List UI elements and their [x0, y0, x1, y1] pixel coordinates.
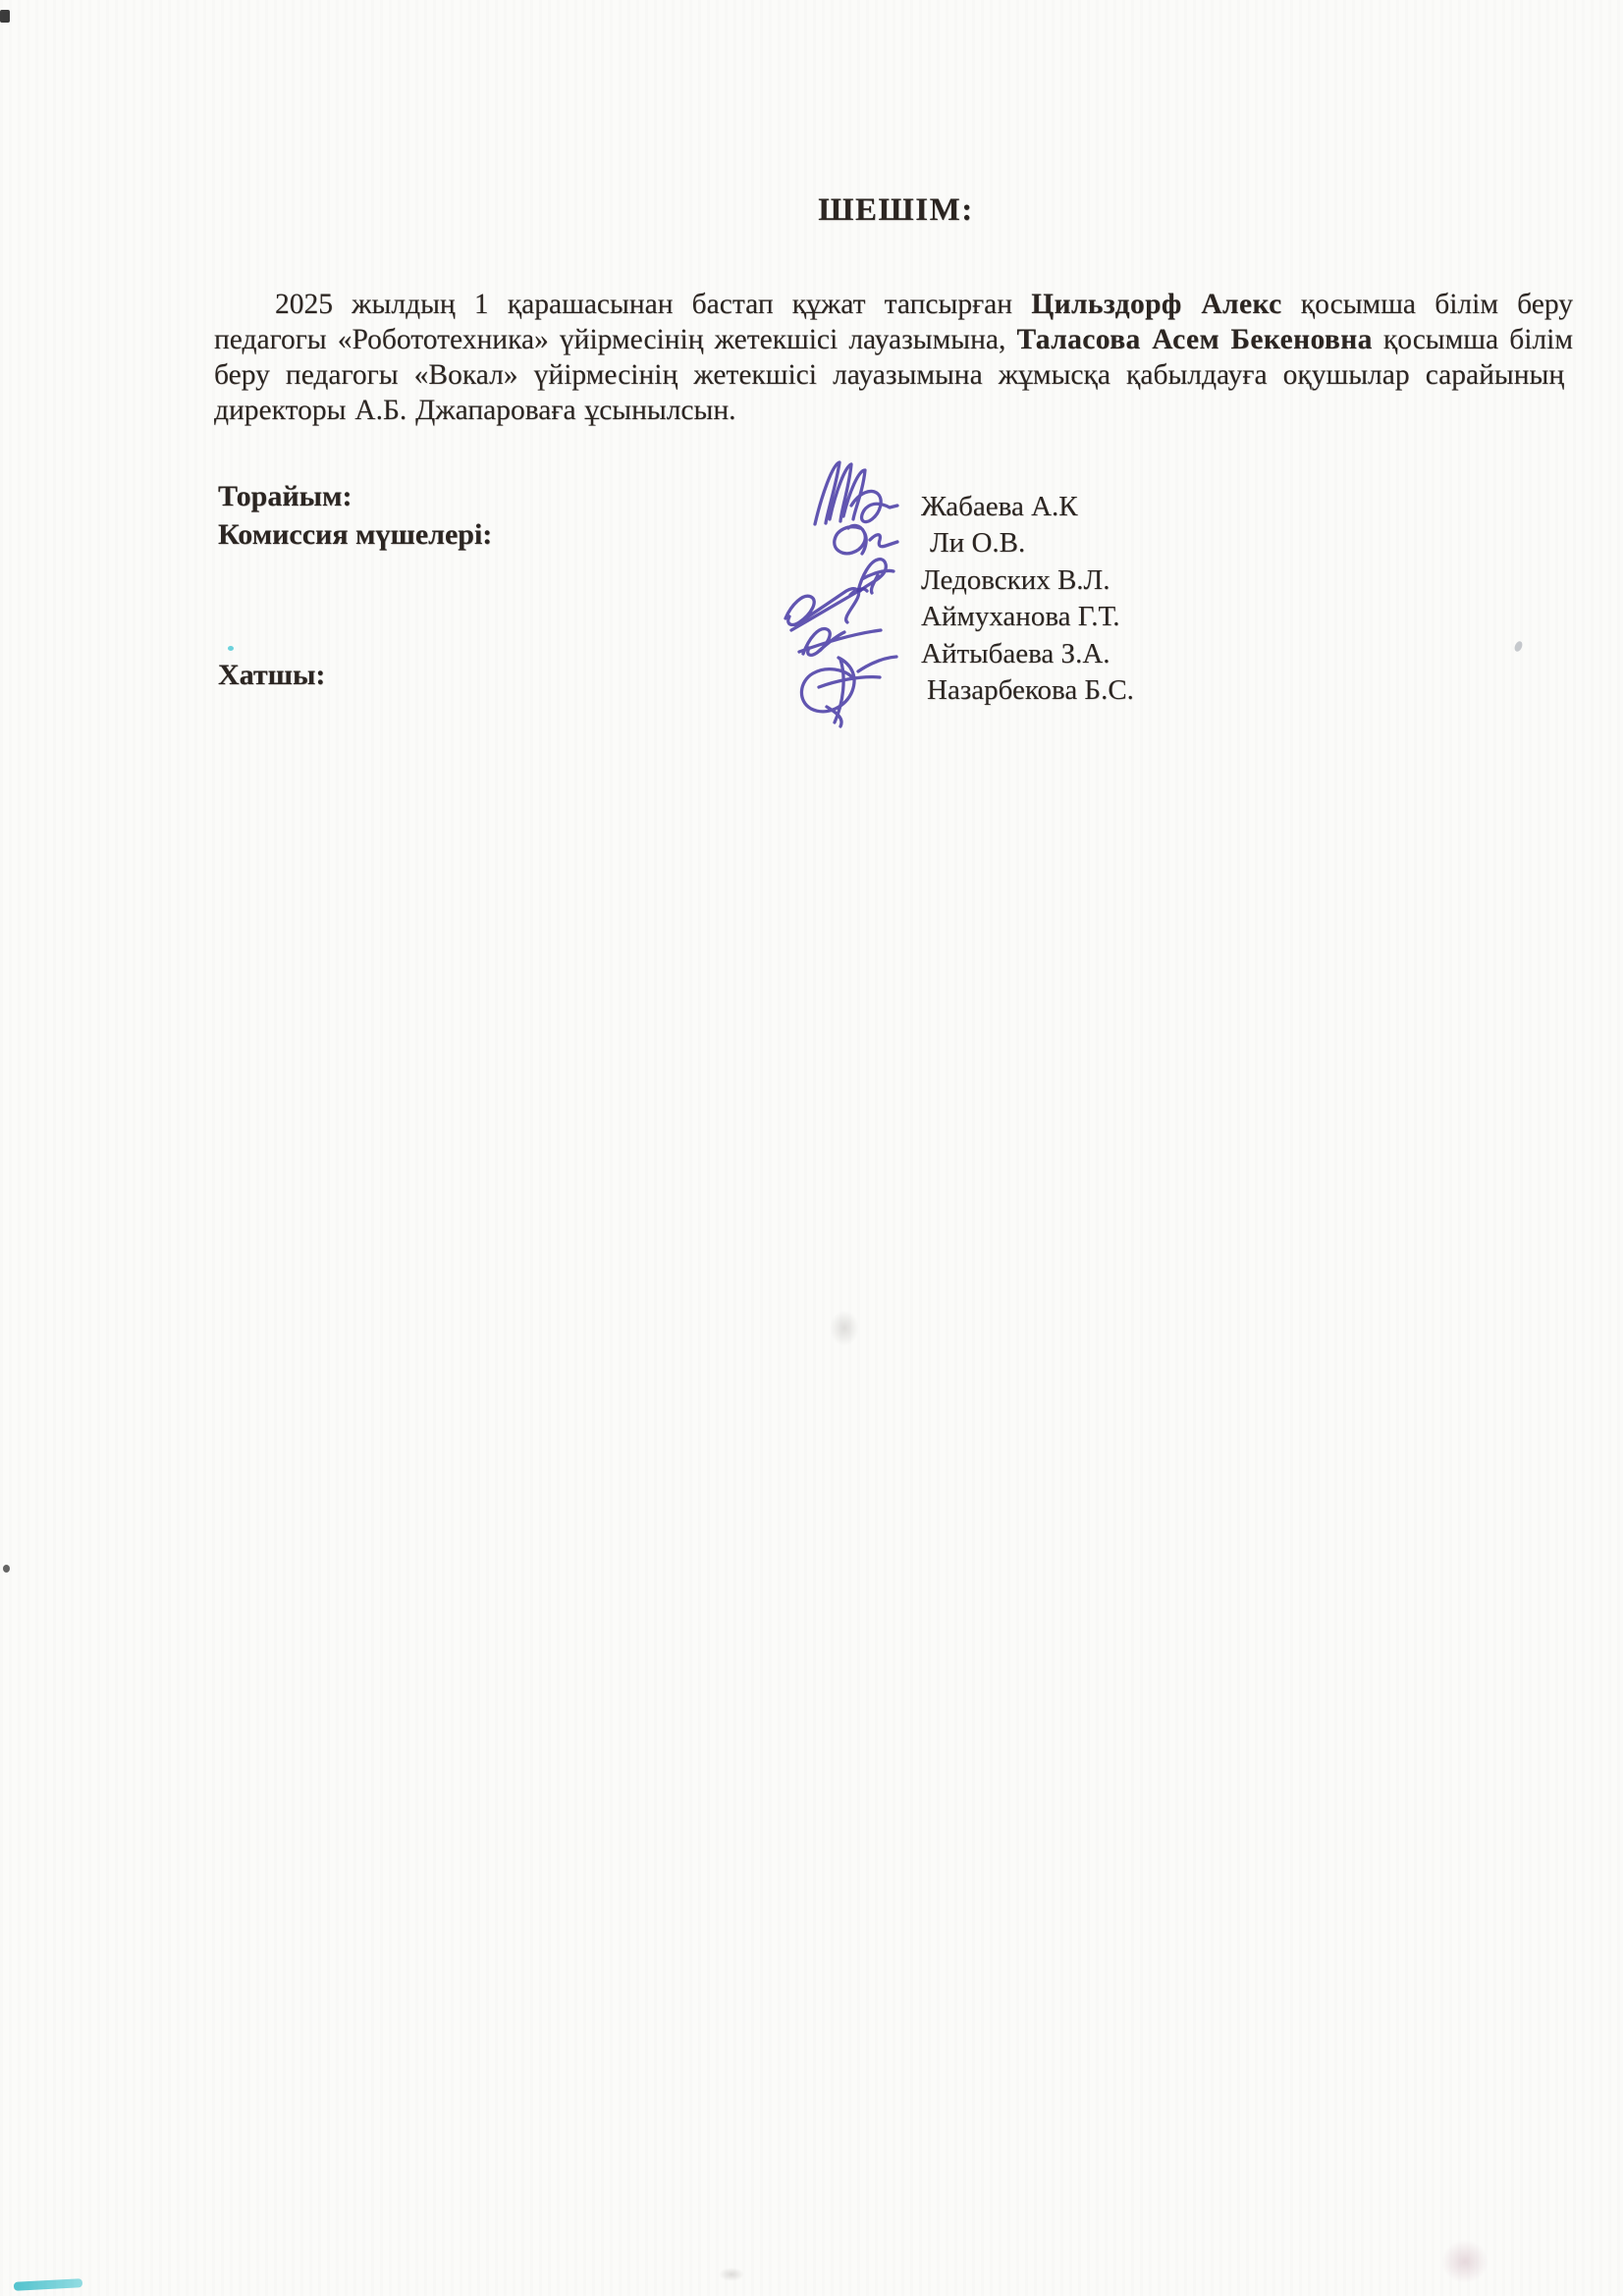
person-name-bold: Таласова Асем Бекеновна — [1016, 324, 1372, 355]
scan-artifact-teal-strip — [14, 2278, 82, 2291]
handwritten-signatures — [742, 450, 948, 754]
scan-artifact-bottom-smudge — [719, 2268, 744, 2281]
commission-members-label: Комиссия мүшелері: — [218, 518, 492, 552]
signatory-name: Ледовских В.Л. — [921, 562, 1134, 599]
chair-label: Торайым: — [218, 480, 352, 513]
signatory-name: Назарбекова Б.С. — [927, 672, 1134, 709]
scan-artifact-right-speck — [1513, 640, 1524, 653]
person-name-bold: Цильздорф Алекс — [1031, 289, 1281, 320]
signature-nazarbekova — [801, 657, 896, 726]
scan-artifact-cyan-speck — [228, 646, 234, 651]
scan-artifact-top-left — [0, 10, 10, 23]
signature-aitybaeva — [799, 629, 881, 656]
signature-aimukhanova — [785, 589, 867, 630]
signatory-name: Айтыбаева З.А. — [921, 636, 1134, 672]
paragraph-text-run: 2025 жылдың 1 қарашасынан бастап құжат т… — [275, 289, 1031, 320]
signature-li — [835, 525, 897, 554]
scanned-document-page: ШЕШІМ: 2025 жылдың 1 қарашасынан бастап … — [0, 0, 1623, 2296]
decision-paragraph: 2025 жылдың 1 қарашасынан бастап құжат т… — [214, 287, 1573, 428]
scan-artifact-left-dot — [3, 1565, 10, 1573]
signatory-name: Ли О.В. — [930, 525, 1134, 561]
scan-artifact-bottom-right-smudge — [1441, 2240, 1488, 2283]
signature-zhabaeva — [815, 462, 897, 524]
secretary-label: Хатшы: — [218, 659, 325, 692]
signatory-name: Аймуханова Г.Т. — [921, 599, 1134, 635]
document-title: ШЕШІМ: — [84, 192, 1623, 229]
signatory-name: Жабаева А.К — [921, 489, 1134, 525]
scan-artifact-center-smudge — [830, 1310, 859, 1346]
signatory-names: Жабаева А.К Ли О.В. Ледовских В.Л. Аймух… — [921, 489, 1134, 709]
